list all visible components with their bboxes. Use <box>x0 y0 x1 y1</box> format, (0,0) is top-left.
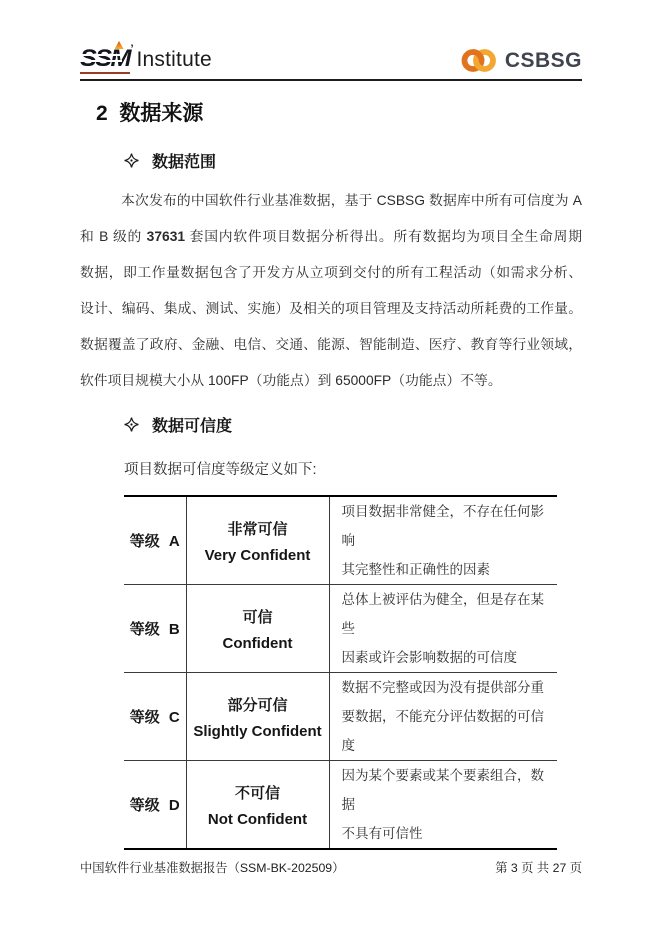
rating-en: Not Confident <box>187 811 329 828</box>
paragraph-line: 软件项目规模大小从 100FP（功能点）到 65000FP（功能点）不等。 <box>80 363 582 399</box>
description-cell: 项目数据非常健全，不存在任何影响 其完整性和正确性的因素 <box>329 496 557 585</box>
level-cell: 等级 B <box>124 585 186 673</box>
rating-en: Very Confident <box>187 547 329 564</box>
rating-cell: 可信 Confident <box>186 585 329 673</box>
subheading-label: 数据范围 <box>152 149 216 172</box>
table-row: 等级 B 可信 Confident 总体上被评估为健全，但是存在某些 因素或许会… <box>124 585 557 673</box>
csbsg-logo: CSBSG <box>461 47 582 74</box>
confidence-level-table: 等级 A 非常可信 Very Confident 项目数据非常健全，不存在任何影… <box>124 495 557 850</box>
paragraph-line: 和 B 级的 37631 套国内软件项目数据分析得出。所有数据均为项目全生命周期 <box>80 219 582 255</box>
ssm-institute-logo: SSM ’ Institute <box>80 47 212 74</box>
ssm-institute-label: Institute <box>137 48 212 72</box>
section-title: 2 数据来源 <box>96 97 582 127</box>
rating-zh: 非常可信 <box>187 518 329 539</box>
page-header: SSM ’ Institute CSBSG <box>80 0 582 74</box>
paragraph-line: 本次发布的中国软件行业基准数据，基于 CSBSG 数据库中所有可信度为 A <box>80 183 582 219</box>
rating-cell: 非常可信 Very Confident <box>186 496 329 585</box>
level-cell: 等级 A <box>124 496 186 585</box>
rating-cell: 部分可信 Slightly Confident <box>186 673 329 761</box>
rating-en: Slightly Confident <box>187 723 329 740</box>
confidence-intro-text: 项目数据可信度等级定义如下: <box>124 458 582 479</box>
four-pointed-star-icon <box>124 417 139 432</box>
header-divider <box>80 79 582 81</box>
paragraph-line: 设计、编码、集成、测试、实施）及相关的项目管理及支持活动所耗费的工作量。 <box>80 291 582 327</box>
level-cell: 等级 D <box>124 761 186 850</box>
paragraph-line: 数据，即工作量数据包含了开发方从立项到交付的所有工程活动（如需求分析、 <box>80 255 582 291</box>
csbsg-label: CSBSG <box>505 49 582 73</box>
table-row: 等级 D 不可信 Not Confident 因为某个要素或某个要素组合，数据 … <box>124 761 557 850</box>
subheading-data-confidence: 数据可信度 <box>124 413 582 436</box>
subheading-data-scope: 数据范围 <box>124 149 582 172</box>
rating-zh: 可信 <box>187 606 329 627</box>
subheading-label: 数据可信度 <box>152 413 232 436</box>
rating-cell: 不可信 Not Confident <box>186 761 329 850</box>
description-cell: 数据不完整或因为没有提供部分重 要数据，不能充分评估数据的可信度 <box>329 673 557 761</box>
description-cell: 总体上被评估为健全，但是存在某些 因素或许会影响数据的可信度 <box>329 585 557 673</box>
level-cell: 等级 C <box>124 673 186 761</box>
rating-zh: 部分可信 <box>187 694 329 715</box>
document-page: SSM ’ Institute CSBSG 2 数据来源 <box>0 0 662 936</box>
data-scope-paragraph: 本次发布的中国软件行业基准数据，基于 CSBSG 数据库中所有可信度为 A 和 … <box>80 183 582 399</box>
page-number-text: 第 3 页 共 27 页 <box>495 858 582 876</box>
csbsg-rings-icon <box>461 47 497 74</box>
page-footer: 中国软件行业基准数据报告（SSM-BK-202509） 第 3 页 共 27 页 <box>80 858 582 876</box>
ssm-trademark-tick: ’ <box>130 43 133 55</box>
rating-zh: 不可信 <box>187 782 329 803</box>
rating-en: Confident <box>187 635 329 652</box>
report-id-text: 中国软件行业基准数据报告（SSM-BK-202509） <box>80 858 344 876</box>
ssm-wordmark: SSM ’ <box>80 47 130 74</box>
table-row: 等级 A 非常可信 Very Confident 项目数据非常健全，不存在任何影… <box>124 496 557 585</box>
paragraph-line: 数据覆盖了政府、金融、电信、交通、能源、智能制造、医疗、教育等行业领域， <box>80 327 582 363</box>
ssm-logo-text: SSM <box>80 47 130 71</box>
description-cell: 因为某个要素或某个要素组合，数据 不具有可信性 <box>329 761 557 850</box>
four-pointed-star-icon <box>124 153 139 168</box>
table-row: 等级 C 部分可信 Slightly Confident 数据不完整或因为没有提… <box>124 673 557 761</box>
project-count: 37631 <box>147 229 185 244</box>
